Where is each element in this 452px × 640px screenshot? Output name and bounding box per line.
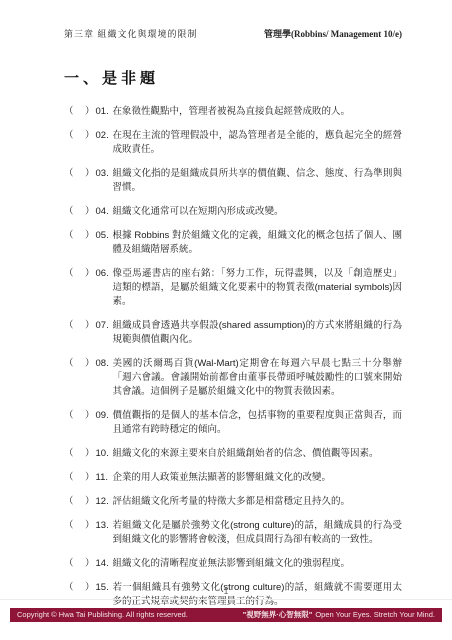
question-number: 09. (96, 409, 113, 423)
answer-blank: （ ） (64, 409, 96, 423)
book-title-zh: 管理學 (264, 29, 291, 39)
question-text: 根據 Robbins 對於組織文化的定義，組織文化的概念包括了個人、團體及組織階… (113, 229, 402, 257)
page-number: 1 (0, 587, 452, 596)
footer-bar: Copyright © Hwa Tai Publishing. All righ… (10, 608, 442, 622)
copyright-text: Copyright © Hwa Tai Publishing. All righ… (17, 608, 188, 622)
question-number: 08. (96, 357, 113, 371)
answer-blank: （ ） (64, 319, 96, 333)
question-number: 02. (96, 129, 113, 143)
question-text: 在現在主流的管理假設中，認為管理者是全能的，應負起完全的經營成敗責任。 (113, 129, 402, 157)
question-number: 04. (96, 205, 113, 219)
chapter-title: 第三章 組織文化與環境的限制 (64, 29, 198, 40)
question-item: （ ） 08. 美國的沃爾瑪百貨(Wal-Mart)定期會在每週六早晨七點三十分… (64, 357, 402, 399)
question-number: 10. (96, 447, 113, 461)
question-item: （ ） 02. 在現在主流的管理假設中，認為管理者是全能的，應負起完全的經營成敗… (64, 129, 402, 157)
answer-blank: （ ） (64, 229, 96, 243)
question-text: 企業的用人政策並無法顯著的影響組織文化的改變。 (113, 471, 402, 485)
question-number: 07. (96, 319, 113, 333)
question-text: 組織成員會透過共享假設(shared assumption)的方式來將組織的行為… (113, 319, 402, 347)
answer-blank: （ ） (64, 357, 96, 371)
question-text: 評估組織文化所考量的特徵大多都是相當穩定且持久的。 (113, 495, 402, 509)
document-page: 第三章 組織文化與環境的限制 管理學(Robbins/ Management 1… (0, 0, 452, 640)
answer-blank: （ ） (64, 205, 96, 219)
answer-blank: （ ） (64, 105, 96, 119)
slogan-zh: "視野無界·心智無限" (243, 610, 313, 619)
answer-blank: （ ） (64, 471, 96, 485)
question-text: 組織文化指的是組織成員所共享的價值觀、信念、態度、行為準則與習慣。 (113, 167, 402, 195)
question-item: （ ） 11. 企業的用人政策並無法顯著的影響組織文化的改變。 (64, 471, 402, 485)
question-text: 組織文化的清晰程度並無法影響到組織文化的強弱程度。 (113, 557, 402, 571)
answer-blank: （ ） (64, 267, 96, 281)
answer-blank: （ ） (64, 495, 96, 509)
question-item: （ ） 04. 組織文化通常可以在短期內形成或改變。 (64, 205, 402, 219)
book-title-en: (Robbins/ Management 10/e) (291, 29, 402, 39)
answer-blank: （ ） (64, 447, 96, 461)
answer-blank: （ ） (64, 557, 96, 571)
question-item: （ ） 13. 若組織文化是屬於強勢文化(strong culture)的話，組… (64, 519, 402, 547)
question-number: 01. (96, 105, 113, 119)
question-number: 06. (96, 267, 113, 281)
question-number: 12. (96, 495, 113, 509)
question-number: 03. (96, 167, 113, 181)
question-number: 13. (96, 519, 113, 533)
question-number: 11. (96, 471, 113, 485)
question-item: （ ） 14. 組織文化的清晰程度並無法影響到組織文化的強弱程度。 (64, 557, 402, 571)
answer-blank: （ ） (64, 519, 96, 533)
book-title: 管理學(Robbins/ Management 10/e) (264, 29, 402, 40)
question-item: （ ） 05. 根據 Robbins 對於組織文化的定義，組織文化的概念包括了個… (64, 229, 402, 257)
question-item: （ ） 09. 價值觀指的是個人的基本信念，包括事物的重要程度與正當與否，而且通… (64, 409, 402, 437)
question-text: 美國的沃爾瑪百貨(Wal-Mart)定期會在每週六早晨七點三十分舉辦「週六會議。… (113, 357, 402, 399)
question-item: （ ） 12. 評估組織文化所考量的特徵大多都是相當穩定且持久的。 (64, 495, 402, 509)
question-item: （ ） 10. 組織文化的來源主要來自於組織創始者的信念、價值觀等因素。 (64, 447, 402, 461)
question-item: （ ） 01. 在象徵性觀點中，管理者被視為直接負起經營成敗的人。 (64, 105, 402, 119)
question-number: 05. (96, 229, 113, 243)
question-text: 若組織文化是屬於強勢文化(strong culture)的話，組織成員的行為受到… (113, 519, 402, 547)
answer-blank: （ ） (64, 129, 96, 143)
question-text: 組織文化通常可以在短期內形成或改變。 (113, 205, 402, 219)
question-item: （ ） 03. 組織文化指的是組織成員所共享的價值觀、信念、態度、行為準則與習慣… (64, 167, 402, 195)
question-text: 價值觀指的是個人的基本信念，包括事物的重要程度與正當與否，而且通常有跨時穩定的傾… (113, 409, 402, 437)
question-text: 組織文化的來源主要來自於組織創始者的信念、價值觀等因素。 (113, 447, 402, 461)
question-list: （ ） 01. 在象徵性觀點中，管理者被視為直接負起經營成敗的人。 （ ） 02… (64, 105, 402, 609)
slogan: "視野無界·心智無限"Open Your Eyes. Stretch Your … (243, 608, 435, 622)
question-text: 在象徵性觀點中，管理者被視為直接負起經營成敗的人。 (113, 105, 402, 119)
slogan-en: Open Your Eyes. Stretch Your Mind. (315, 610, 435, 619)
question-item: （ ） 07. 組織成員會透過共享假設(shared assumption)的方… (64, 319, 402, 347)
question-number: 14. (96, 557, 113, 571)
section-title: 一、是非題 (64, 67, 402, 88)
running-header: 第三章 組織文化與環境的限制 管理學(Robbins/ Management 1… (64, 0, 402, 40)
answer-blank: （ ） (64, 167, 96, 181)
footer-divider (0, 599, 452, 600)
question-text: 像亞馬遜書店的座右銘：「努力工作，玩得盡興，以及「創造歷史」這類的標語，是屬於組… (113, 267, 402, 309)
question-item: （ ） 06. 像亞馬遜書店的座右銘：「努力工作，玩得盡興，以及「創造歷史」這類… (64, 267, 402, 309)
